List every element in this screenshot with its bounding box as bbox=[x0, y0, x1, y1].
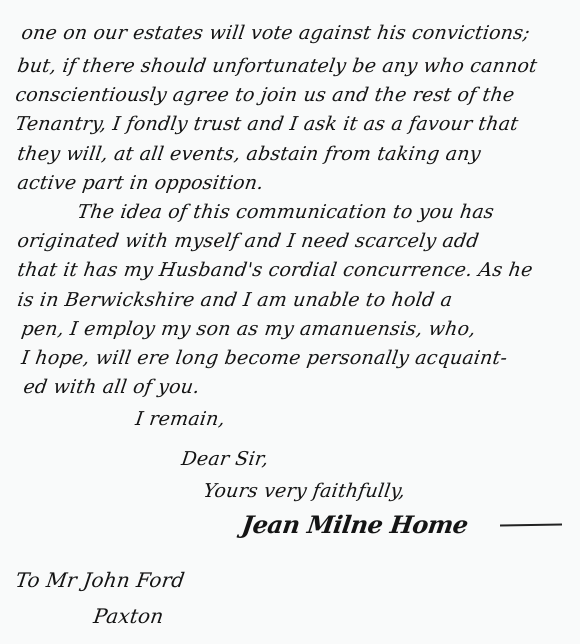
letter-line-9: that it has my Husband's cordial concurr… bbox=[16, 259, 534, 281]
recipient-name: To Mr John Ford bbox=[14, 568, 186, 592]
letter-line-13: ed with all of you. bbox=[22, 376, 201, 398]
letter-line-11: pen, I employ my son as my amanuensis, w… bbox=[20, 318, 477, 340]
letter-line-7: The idea of this communication to you ha… bbox=[76, 201, 496, 223]
signature: Jean Milne Home bbox=[240, 510, 470, 539]
closing-remain: I remain, bbox=[134, 408, 226, 430]
letter-line-12: I hope, will ere long become personally … bbox=[20, 347, 509, 369]
letter-line-5: they will, at all events, abstain from t… bbox=[16, 143, 482, 165]
letter-line-1: one on our estates will vote against his… bbox=[20, 22, 531, 44]
signature-flourish bbox=[500, 523, 562, 526]
letter-line-10: is in Berwickshire and I am unable to ho… bbox=[16, 289, 454, 311]
closing-valediction: Yours very faithfully, bbox=[202, 480, 407, 502]
letter-line-6: active part in opposition. bbox=[16, 172, 265, 194]
letter-line-4: Tenantry, I fondly trust and I ask it as… bbox=[14, 113, 520, 135]
letter-page: one on our estates will vote against his… bbox=[0, 0, 580, 644]
recipient-place: Paxton bbox=[92, 604, 165, 628]
letter-line-3: conscientiously agree to join us and the… bbox=[14, 84, 516, 106]
letter-line-2: but, if there should unfortunately be an… bbox=[16, 55, 539, 77]
letter-line-8: originated with myself and I need scarce… bbox=[16, 230, 480, 252]
closing-salutation: Dear Sir, bbox=[180, 448, 270, 470]
